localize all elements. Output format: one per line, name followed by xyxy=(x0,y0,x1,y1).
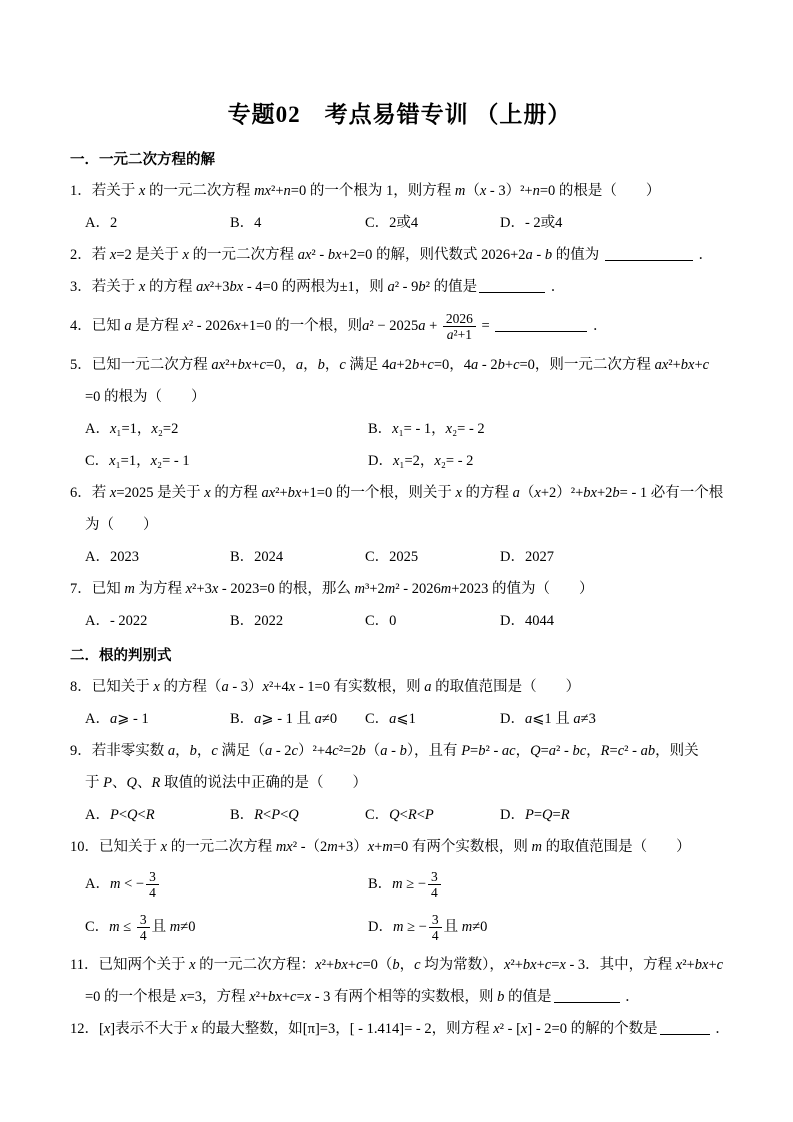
question-text: 1．若关于 x 的一元二次方程 mx²+n=0 的一个根为 1，则方程 m（x … xyxy=(70,175,729,207)
section-heading: 一．一元二次方程的解 xyxy=(70,145,729,175)
section-heading: 二．根的判别式 xyxy=(70,641,729,671)
question-9: 9．若非零实数 a，b，c 满足（a - 2c）²+4c²=2b（a - b），… xyxy=(70,735,729,831)
option-d: D．4044 xyxy=(500,605,729,637)
options-row: A．2 B．4 C．2或4 D．- 2或4 xyxy=(70,207,729,239)
option-a: A．P<Q<R xyxy=(85,799,230,831)
option-b: B．m ≥ −34 xyxy=(368,863,729,906)
question-11: 11．已知两个关于 x 的一元二次方程：x²+bx+c=0（b，c 均为常数），… xyxy=(70,949,729,1013)
option-a: A．m < −34 xyxy=(85,863,368,906)
options-grid: A．x₁=1，x₂=2 B．x₁= - 1，x₂= - 2 C．x₁=1，x₂=… xyxy=(70,413,729,477)
option-c: C．x₁=1，x₂= - 1 xyxy=(85,445,368,477)
option-c: C．0 xyxy=(365,605,500,637)
option-b: B．2022 xyxy=(230,605,365,637)
option-c: C．2025 xyxy=(365,541,500,573)
option-d: D．m ≥ −34且 m≠0 xyxy=(368,906,729,949)
option-b: B．a⩾ - 1 且 a≠0 xyxy=(230,703,365,735)
question-text: 3．若关于 x 的方程 ax²+3bx - 4=0 的两根为±1，则 a² - … xyxy=(70,271,729,303)
question-10: 10．已知关于 x 的一元二次方程 mx² -（2m+3）x+m=0 有两个实数… xyxy=(70,831,729,949)
question-text: 6．若 x=2025 是关于 x 的方程 ax²+bx+1=0 的一个根，则关于… xyxy=(70,477,729,509)
option-d: D．x₁=2，x₂= - 2 xyxy=(368,445,729,477)
question-text: 2．若 x=2 是关于 x 的一元二次方程 ax² - bx+2=0 的解，则代… xyxy=(70,239,729,271)
option-c: C．a⩽1 xyxy=(365,703,500,735)
options-grid: A．m < −34 B．m ≥ −34 C．m ≤ 34且 m≠0 D．m ≥ … xyxy=(70,863,729,949)
question-text: 8．已知关于 x 的方程（a - 3）x²+4x - 1=0 有实数根，则 a … xyxy=(70,671,729,703)
option-b: B．4 xyxy=(230,207,365,239)
option-d: D．a⩽1 且 a≠3 xyxy=(500,703,729,735)
question-text-continuation: 于 P、Q、R 取值的说法中正确的是（ ） xyxy=(70,767,729,799)
option-a: A．- 2022 xyxy=(85,605,230,637)
question-8: 8．已知关于 x 的方程（a - 3）x²+4x - 1=0 有实数根，则 a … xyxy=(70,671,729,735)
option-b: B．R<P<Q xyxy=(230,799,365,831)
question-text: 10．已知关于 x 的一元二次方程 mx² -（2m+3）x+m=0 有两个实数… xyxy=(70,831,729,863)
option-a: A．a⩾ - 1 xyxy=(85,703,230,735)
options-row: A．a⩾ - 1 B．a⩾ - 1 且 a≠0 C．a⩽1 D．a⩽1 且 a≠… xyxy=(70,703,729,735)
options-row: A．2023 B．2024 C．2025 D．2027 xyxy=(70,541,729,573)
option-c: C．m ≤ 34且 m≠0 xyxy=(85,906,368,949)
option-b: B．2024 xyxy=(230,541,365,573)
question-text: 5．已知一元二次方程 ax²+bx+c=0，a，b，c 满足 4a+2b+c=0… xyxy=(70,349,729,381)
question-text-continuation: 为（ ） xyxy=(70,509,729,541)
question-3: 3．若关于 x 的方程 ax²+3bx - 4=0 的两根为±1，则 a² - … xyxy=(70,271,729,303)
options-row: A．P<Q<R B．R<P<Q C．Q<R<P D．P=Q=R xyxy=(70,799,729,831)
question-text: 7．已知 m 为方程 x²+3x - 2023=0 的根，那么 m³+2m² -… xyxy=(70,573,729,605)
options-row: A．- 2022 B．2022 C．0 D．4044 xyxy=(70,605,729,637)
question-text: 9．若非零实数 a，b，c 满足（a - 2c）²+4c²=2b（a - b），… xyxy=(70,735,729,767)
worksheet-page: 专题02 考点易错专训 （上册） 一．一元二次方程的解 1．若关于 x 的一元二… xyxy=(0,0,793,1122)
question-text: 12．[x]表示不大于 x 的最大整数，如[π]=3，[ - 1.414]= -… xyxy=(70,1013,729,1045)
option-c: C．2或4 xyxy=(365,207,500,239)
option-b: B．x₁= - 1，x₂= - 2 xyxy=(368,413,729,445)
question-5: 5．已知一元二次方程 ax²+bx+c=0，a，b，c 满足 4a+2b+c=0… xyxy=(70,349,729,477)
page-title: 专题02 考点易错专训 （上册） xyxy=(70,96,729,129)
section-quadratic-solutions: 一．一元二次方程的解 1．若关于 x 的一元二次方程 mx²+n=0 的一个根为… xyxy=(70,145,729,637)
option-a: A．2 xyxy=(85,207,230,239)
option-c: C．Q<R<P xyxy=(365,799,500,831)
question-7: 7．已知 m 为方程 x²+3x - 2023=0 的根，那么 m³+2m² -… xyxy=(70,573,729,637)
option-d: D．- 2或4 xyxy=(500,207,729,239)
question-text: 11．已知两个关于 x 的一元二次方程：x²+bx+c=0（b，c 均为常数），… xyxy=(70,949,729,981)
option-d: D．2027 xyxy=(500,541,729,573)
question-4: 4．已知 a 是方程 x² - 2026x+1=0 的一个根，则a² − 202… xyxy=(70,303,729,349)
question-6: 6．若 x=2025 是关于 x 的方程 ax²+bx+1=0 的一个根，则关于… xyxy=(70,477,729,573)
question-text: 4．已知 a 是方程 x² - 2026x+1=0 的一个根，则a² − 202… xyxy=(70,303,729,349)
section-discriminant: 二．根的判别式 8．已知关于 x 的方程（a - 3）x²+4x - 1=0 有… xyxy=(70,641,729,1045)
option-a: A．x₁=1，x₂=2 xyxy=(85,413,368,445)
question-12: 12．[x]表示不大于 x 的最大整数，如[π]=3，[ - 1.414]= -… xyxy=(70,1013,729,1045)
question-1: 1．若关于 x 的一元二次方程 mx²+n=0 的一个根为 1，则方程 m（x … xyxy=(70,175,729,239)
question-text-continuation: =0 的一个根是 x=3，方程 x²+bx+c=x - 3 有两个相等的实数根，… xyxy=(70,981,729,1013)
question-2: 2．若 x=2 是关于 x 的一元二次方程 ax² - bx+2=0 的解，则代… xyxy=(70,239,729,271)
option-d: D．P=Q=R xyxy=(500,799,729,831)
question-text-continuation: =0 的根为（ ） xyxy=(70,381,729,413)
option-a: A．2023 xyxy=(85,541,230,573)
